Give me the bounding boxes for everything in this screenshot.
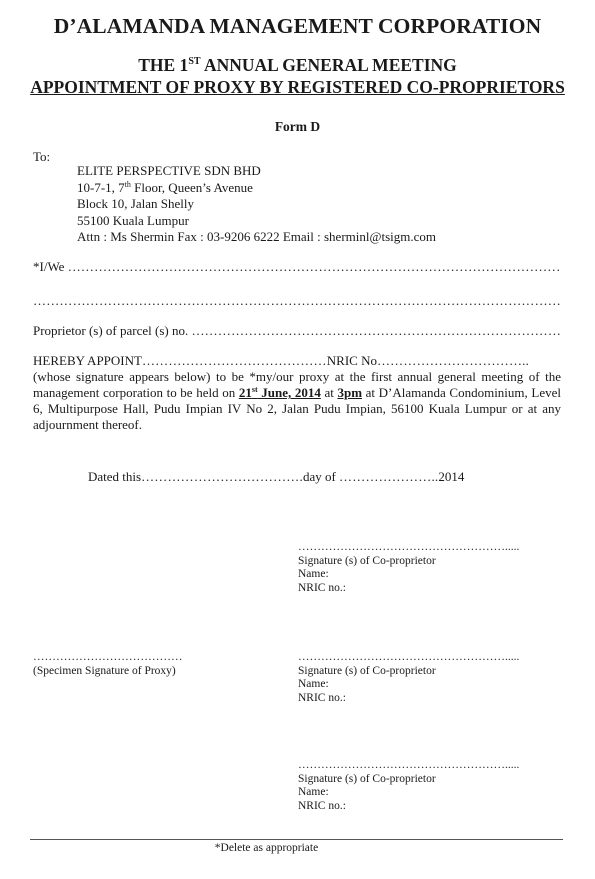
proxy-statement: (whose signature appears below) to be *m… bbox=[33, 369, 561, 433]
co-proprietor-1-nric-label: NRIC no.: bbox=[298, 582, 519, 596]
proxy-signature-line[interactable]: ………………………………… bbox=[33, 651, 183, 665]
co-proprietor-signature-1-label: Signature (s) of Co-proprietor bbox=[298, 555, 519, 569]
co-proprietor-signature-3-line[interactable]: ………………………………………………..... bbox=[298, 759, 519, 773]
co-proprietor-signature-2-label: Signature (s) of Co-proprietor bbox=[298, 665, 519, 679]
meeting-time: 3pm bbox=[337, 385, 362, 400]
day-of-label: day of bbox=[303, 469, 339, 484]
dated-day-blank[interactable]: ………………………………. bbox=[141, 469, 303, 484]
recipient-contact: Attn : Ms Shermin Fax : 03-9206 6222 Ema… bbox=[77, 229, 436, 246]
parcel-field[interactable]: Proprietor (s) of parcel (s) no. …………………… bbox=[33, 323, 561, 339]
co-proprietor-signature-3-label: Signature (s) of Co-proprietor bbox=[298, 773, 519, 787]
dated-year: 2014 bbox=[438, 469, 464, 484]
to-label: To: bbox=[33, 149, 50, 165]
appoint-blank[interactable]: …………………………………… bbox=[142, 353, 327, 368]
organization-title: D’ALAMANDA MANAGEMENT CORPORATION bbox=[0, 14, 595, 39]
nric-blank[interactable]: …………………………….. bbox=[377, 353, 529, 368]
appoint-label: HEREBY APPOINT bbox=[33, 353, 142, 368]
meeting-heading: THE 1ST ANNUAL GENERAL MEETING bbox=[0, 55, 595, 76]
appoint-field[interactable]: HEREBY APPOINT……………………………………NRIC No……………… bbox=[33, 353, 561, 369]
meeting-date-rest: June, 2014 bbox=[258, 385, 321, 400]
i-we-continuation-field[interactable]: …………………………………………………………………………………………………………… bbox=[33, 293, 561, 309]
address-line1-prefix: 10-7-1, 7 bbox=[77, 180, 125, 195]
meeting-heading-prefix: THE 1 bbox=[138, 55, 188, 75]
i-we-continuation-blank[interactable]: …………………………………………………………………………………………………………… bbox=[33, 293, 561, 308]
i-we-label: *I/We bbox=[33, 259, 64, 274]
recipient-company: ELITE PERSPECTIVE SDN BHD bbox=[77, 163, 436, 180]
statement-part2: at bbox=[321, 385, 338, 400]
meeting-date: 21st June, 2014 bbox=[239, 385, 321, 400]
meeting-ordinal: ST bbox=[188, 56, 200, 67]
proxy-signature: ………………………………… (Specimen Signature of Pro… bbox=[33, 651, 183, 678]
form-label: Form D bbox=[0, 119, 595, 135]
meeting-date-day: 21 bbox=[239, 385, 252, 400]
co-proprietor-signature-2-line[interactable]: ………………………………………………..... bbox=[298, 651, 519, 665]
co-proprietor-1-name-label: Name: bbox=[298, 568, 519, 582]
co-proprietor-signature-1-line[interactable]: ………………………………………………..... bbox=[298, 541, 519, 555]
recipient-address-line1: 10-7-1, 7th Floor, Queen’s Avenue bbox=[77, 180, 436, 197]
parcel-label: Proprietor (s) of parcel (s) no. bbox=[33, 323, 188, 338]
co-proprietor-2-name-label: Name: bbox=[298, 678, 519, 692]
co-proprietor-2-nric-label: NRIC no.: bbox=[298, 692, 519, 706]
parcel-blank[interactable]: …………………………………………………………………………………………………………… bbox=[191, 323, 561, 338]
meeting-heading-suffix: ANNUAL GENERAL MEETING bbox=[201, 55, 457, 75]
i-we-blank[interactable]: …………………………………………………………………………………………………………… bbox=[68, 259, 561, 274]
form-title: APPOINTMENT OF PROXY BY REGISTERED CO-PR… bbox=[0, 77, 595, 98]
footnote: *Delete as appropriate bbox=[30, 842, 563, 854]
co-proprietor-signature-3: ………………………………………………..... Signature (s) of… bbox=[298, 759, 519, 813]
co-proprietor-3-nric-label: NRIC no.: bbox=[298, 800, 519, 814]
address-line1-suffix: Floor, Queen’s Avenue bbox=[131, 180, 253, 195]
recipient-address: ELITE PERSPECTIVE SDN BHD 10-7-1, 7th Fl… bbox=[77, 163, 436, 246]
proxy-signature-label: (Specimen Signature of Proxy) bbox=[33, 665, 183, 679]
co-proprietor-signature-1: ………………………………………………..... Signature (s) of… bbox=[298, 541, 519, 595]
nric-label: NRIC No bbox=[327, 353, 377, 368]
dated-month-blank[interactable]: ………………….. bbox=[339, 469, 438, 484]
footer-divider bbox=[30, 839, 563, 840]
co-proprietor-3-name-label: Name: bbox=[298, 786, 519, 800]
recipient-address-line2: Block 10, Jalan Shelly bbox=[77, 196, 436, 213]
dated-line: Dated this……………………………….day of …………………..2… bbox=[88, 469, 464, 485]
i-we-field[interactable]: *I/We …………………………………………………………………………………………… bbox=[33, 259, 561, 275]
recipient-address-line3: 55100 Kuala Lumpur bbox=[77, 213, 436, 230]
dated-label: Dated this bbox=[88, 469, 141, 484]
co-proprietor-signature-2: ………………………………………………..... Signature (s) of… bbox=[298, 651, 519, 705]
